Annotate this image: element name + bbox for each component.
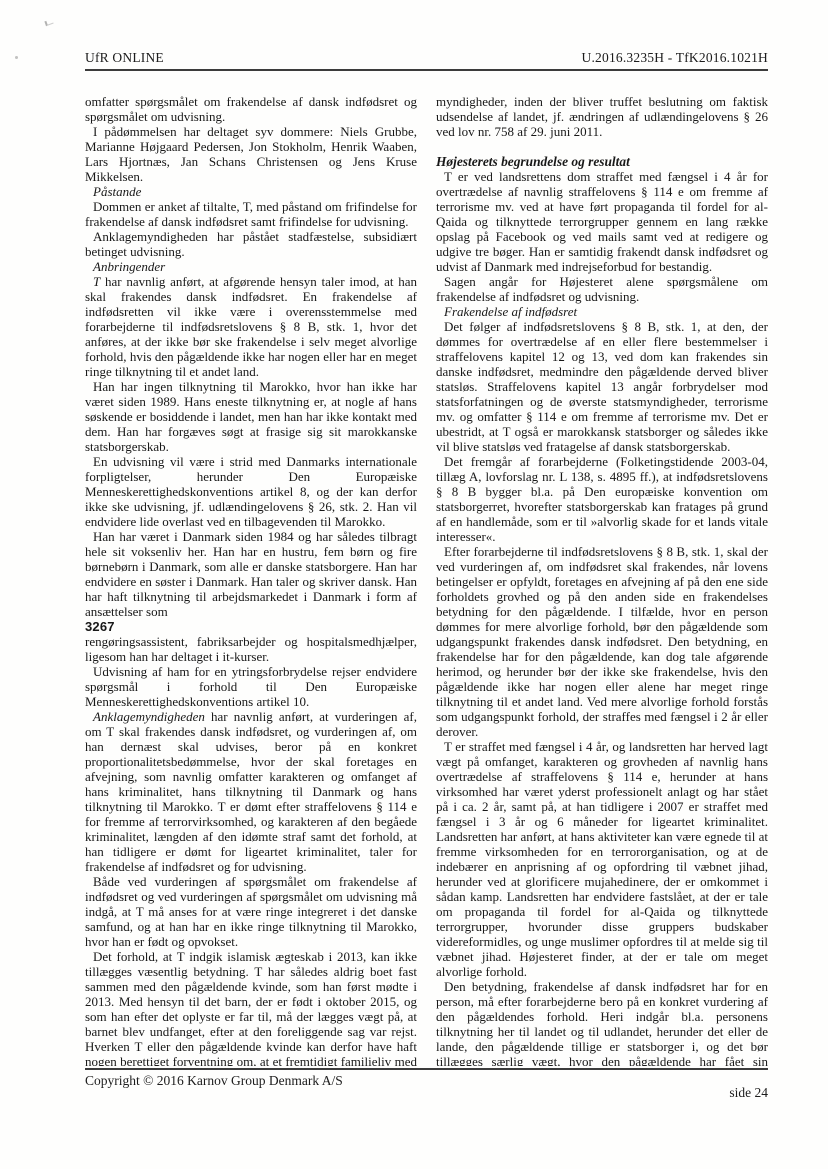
page-header: UfR ONLINE U.2016.3235H - TfK2016.1021H (85, 50, 768, 71)
section-heading-hojesterets-begrundelse: Højesterets begrundelse og resultat (436, 154, 768, 169)
paragraph: Anklagemyndigheden har påstået stadfæste… (85, 229, 417, 259)
copyright-text: Copyright © 2016 Karnov Group Denmark A/… (85, 1073, 343, 1089)
right-column: myndigheder, inden der bliver truffet be… (436, 94, 768, 1066)
paragraph-text: har navnlig anført, at vurderingen af, o… (85, 709, 417, 874)
section-heading-pastande: Påstande (85, 184, 417, 199)
paragraph: omfatter spørgsmålet om frakendelse af d… (85, 94, 417, 124)
page-label: side 24 (729, 1085, 768, 1101)
document-body: omfatter spørgsmålet om frakendelse af d… (85, 94, 768, 1066)
paragraph: Han har ingen tilknytning til Marokko, h… (85, 379, 417, 454)
footer-divider (85, 1068, 768, 1070)
paragraph: T har navnlig anført, at afgørende hensy… (85, 274, 417, 379)
paragraph: T er ved landsrettens dom straffet med f… (436, 169, 768, 274)
paragraph: myndigheder, inden der bliver truffet be… (436, 94, 768, 139)
left-column: omfatter spørgsmålet om frakendelse af d… (85, 94, 417, 1066)
section-heading-frakendelse: Frakendelse af indfødsret (436, 304, 768, 319)
paragraph: Efter forarbejderne til indfødsretsloven… (436, 544, 768, 739)
paragraph: rengøringsassistent, fabriksarbejder og … (85, 634, 417, 664)
scan-artifact (44, 19, 53, 26)
paragraph: Anklagemyndigheden har navnlig anført, a… (85, 709, 417, 874)
paragraph: Udvisning af ham for en ytringsforbrydel… (85, 664, 417, 709)
paragraph: Han har været i Danmark siden 1984 og ha… (85, 529, 417, 619)
paragraph-text: har navnlig anført, at afgørende hensyn … (85, 274, 417, 379)
paragraph: Det følger af indfødsretslovens § 8 B, s… (436, 319, 768, 454)
paragraph: I pådømmelsen har deltaget syv dommere: … (85, 124, 417, 184)
case-reference: U.2016.3235H - TfK2016.1021H (582, 50, 768, 66)
paragraph: Den betydning, frakendelse af dansk indf… (436, 979, 768, 1066)
paragraph: T er straffet med fængsel i 4 år, og lan… (436, 739, 768, 979)
scan-artifact (15, 56, 18, 59)
section-heading-anbringender: Anbringender (85, 259, 417, 274)
paragraph: Både ved vurderingen af spørgsmålet om f… (85, 874, 417, 949)
paragraph: Sagen angår for Højesteret alene spørgsm… (436, 274, 768, 304)
paragraph: En udvisning vil være i strid med Danmar… (85, 454, 417, 529)
page-number-marker: 3267 (85, 619, 417, 634)
document-page: UfR ONLINE U.2016.3235H - TfK2016.1021H … (0, 0, 828, 1169)
italic-lead: Anklagemyndigheden (93, 709, 205, 724)
paragraph: Det fremgår af forarbejderne (Folketings… (436, 454, 768, 544)
paragraph: Dommen er anket af tiltalte, T, med påst… (85, 199, 417, 229)
journal-title: UfR ONLINE (85, 50, 164, 66)
paragraph: Det forhold, at T indgik islamisk ægtesk… (85, 949, 417, 1066)
